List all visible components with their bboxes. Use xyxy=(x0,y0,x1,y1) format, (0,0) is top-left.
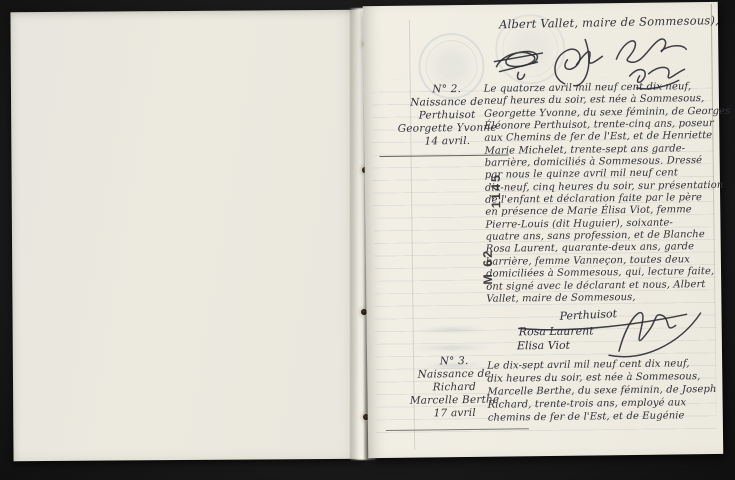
right-page: Albert Vallet, maire de Sommesous), N° 2… xyxy=(363,2,723,458)
act-continuation-line: Albert Vallet, maire de Sommesous), xyxy=(499,13,719,31)
ink-bleedthrough xyxy=(419,327,485,333)
signature-witness: Elisa Viot xyxy=(517,339,570,353)
act-body-text: Le dix-sept avril mil neuf cent dix neuf… xyxy=(487,357,720,425)
signature-flourish-icon xyxy=(604,300,705,359)
left-page xyxy=(10,10,363,461)
signature-witness: Rosa Laurent xyxy=(519,324,594,338)
scanned-register-spread: Albert Vallet, maire de Sommesous), N° 2… xyxy=(0,0,735,480)
ink-bleedthrough xyxy=(415,345,489,351)
act-body-text: Le quatorze avril mil neuf cent dix neuf… xyxy=(484,81,719,306)
